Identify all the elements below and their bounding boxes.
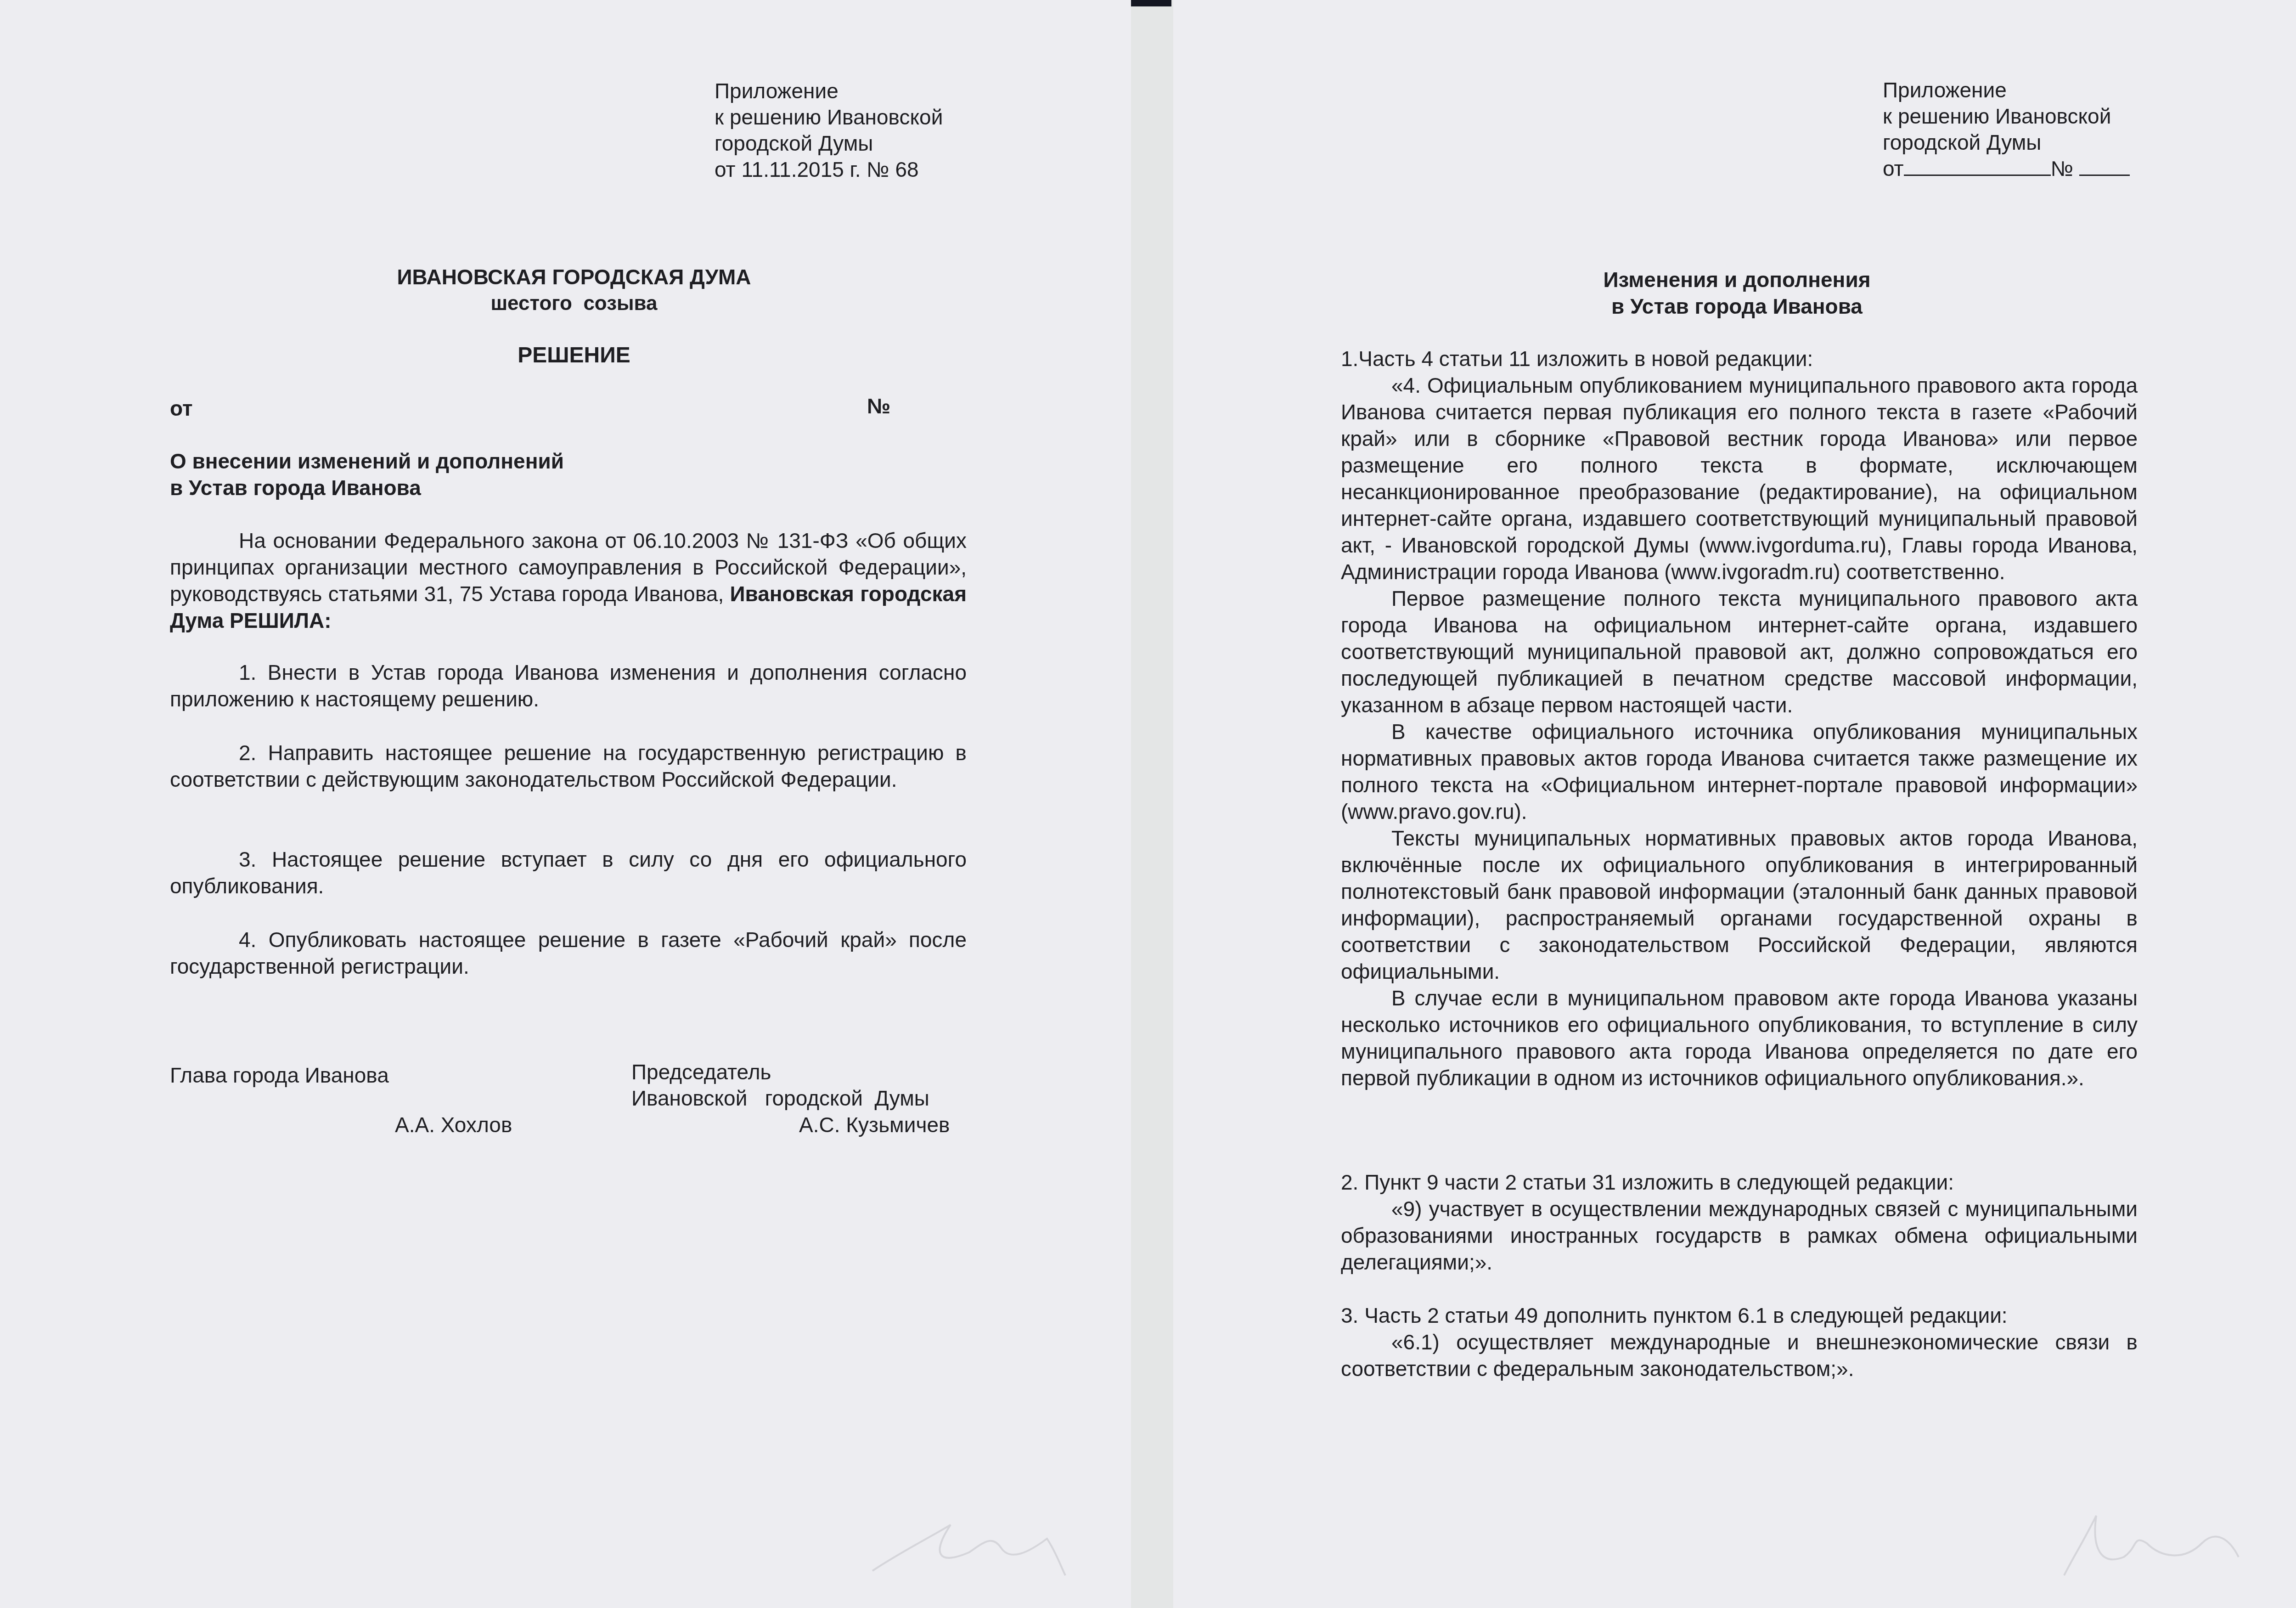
section-paragraph: «9) участвует в осуществлении международ… [1341, 1196, 2138, 1275]
section-paragraph: В качестве официального источника опубли… [1341, 718, 2138, 825]
preamble: На основании Федерального закона от 06.1… [170, 527, 967, 634]
annex-header: Приложение к решению Ивановской городско… [715, 78, 943, 183]
signatory-right-title-1: Председатель [631, 1059, 771, 1085]
amendment-section-3: 3. Часть 2 статьи 49 дополнить пунктом 6… [1341, 1302, 2138, 1382]
section-paragraph: «4. Официальным опубликованием муниципал… [1341, 372, 2138, 585]
amendment-section-1: 1.Часть 4 статьи 11 изложить в новой ред… [1341, 345, 2138, 1091]
signatory-left-name: А.А. Хохлов [395, 1111, 512, 1138]
number-blank-field [2079, 156, 2130, 176]
section-heading: 1.Часть 4 статьи 11 изложить в новой ред… [1341, 345, 2138, 372]
signatory-right-name: А.С. Кузьмичев [799, 1111, 950, 1138]
section-paragraph: Тексты муниципальных нормативных правовы… [1341, 825, 2138, 985]
annex-date-label: от [1883, 157, 1904, 181]
scanner-edge [1131, 0, 1171, 6]
date-blank-field [1904, 156, 2051, 176]
signatory-left-title: Глава города Иванова [170, 1062, 389, 1089]
page-gap [1131, 0, 1173, 1608]
annex-header-line: от 11.11.2015 г. № 68 [715, 157, 943, 183]
annex-header-line: от№ [1883, 156, 2130, 182]
org-title: ИВАНОВСКАЯ ГОРОДСКАЯ ДУМА [170, 264, 978, 290]
annex-number-label: № [2051, 157, 2073, 181]
annex-header: Приложение к решению Ивановской городско… [1883, 77, 2130, 182]
section-heading: 2. Пункт 9 части 2 статьи 31 изложить в … [1341, 1169, 2138, 1196]
convocation: шестого созыва [170, 290, 978, 317]
annex-header-line: к решению Ивановской [1883, 103, 2130, 130]
amendment-section-2: 2. Пункт 9 части 2 статьи 31 изложить в … [1341, 1169, 2138, 1275]
decision-item-1: 1. Внести в Устав города Иванова изменен… [170, 659, 967, 712]
decision-item-2: 2. Направить настоящее решение на госуда… [170, 739, 967, 793]
section-heading: 3. Часть 2 статьи 49 дополнить пунктом 6… [1341, 1302, 2138, 1329]
annex-header-line: Приложение [715, 78, 943, 104]
decision-item-text: 1. Внести в Устав города Иванова изменен… [170, 659, 967, 712]
signatory-right-title-2: Ивановской городской Думы [631, 1085, 929, 1111]
decision-item-4: 4. Опубликовать настоящее решение в газе… [170, 926, 967, 980]
decision-page: Приложение к решению Ивановской городско… [0, 0, 1131, 1608]
section-paragraph: «6.1) осуществляет международные и внешн… [1341, 1329, 2138, 1382]
annex-header-line: Приложение [1883, 77, 2130, 103]
faint-signature-mark [2046, 1488, 2248, 1589]
decision-item-text: 4. Опубликовать настоящее решение в газе… [170, 926, 967, 980]
number-label: № [867, 393, 890, 419]
subject-line-2: в Устав города Иванова [170, 474, 421, 501]
annex-header-line: к решению Ивановской [715, 104, 943, 130]
date-label: от [170, 395, 192, 422]
annex-title-line-1: Изменения и дополнения [1336, 266, 2138, 293]
doc-type-title: РЕШЕНИЕ [170, 342, 978, 369]
decision-item-text: 3. Настоящее решение вступает в силу со … [170, 846, 967, 899]
section-paragraph: В случае если в муниципальном правовом а… [1341, 985, 2138, 1091]
faint-signature-mark [863, 1497, 1075, 1589]
section-paragraph: Первое размещение полного текста муницип… [1341, 585, 2138, 718]
decision-item-text: 2. Направить настоящее решение на госуда… [170, 739, 967, 793]
decision-item-3: 3. Настоящее решение вступает в силу со … [170, 846, 967, 899]
subject-line-1: О внесении изменений и дополнений [170, 448, 564, 474]
annex-page: Приложение к решению Ивановской городско… [1173, 0, 2296, 1608]
annex-header-line: городской Думы [1883, 130, 2130, 156]
annex-header-line: городской Думы [715, 130, 943, 157]
annex-title-line-2: в Устав города Иванова [1336, 293, 2138, 320]
